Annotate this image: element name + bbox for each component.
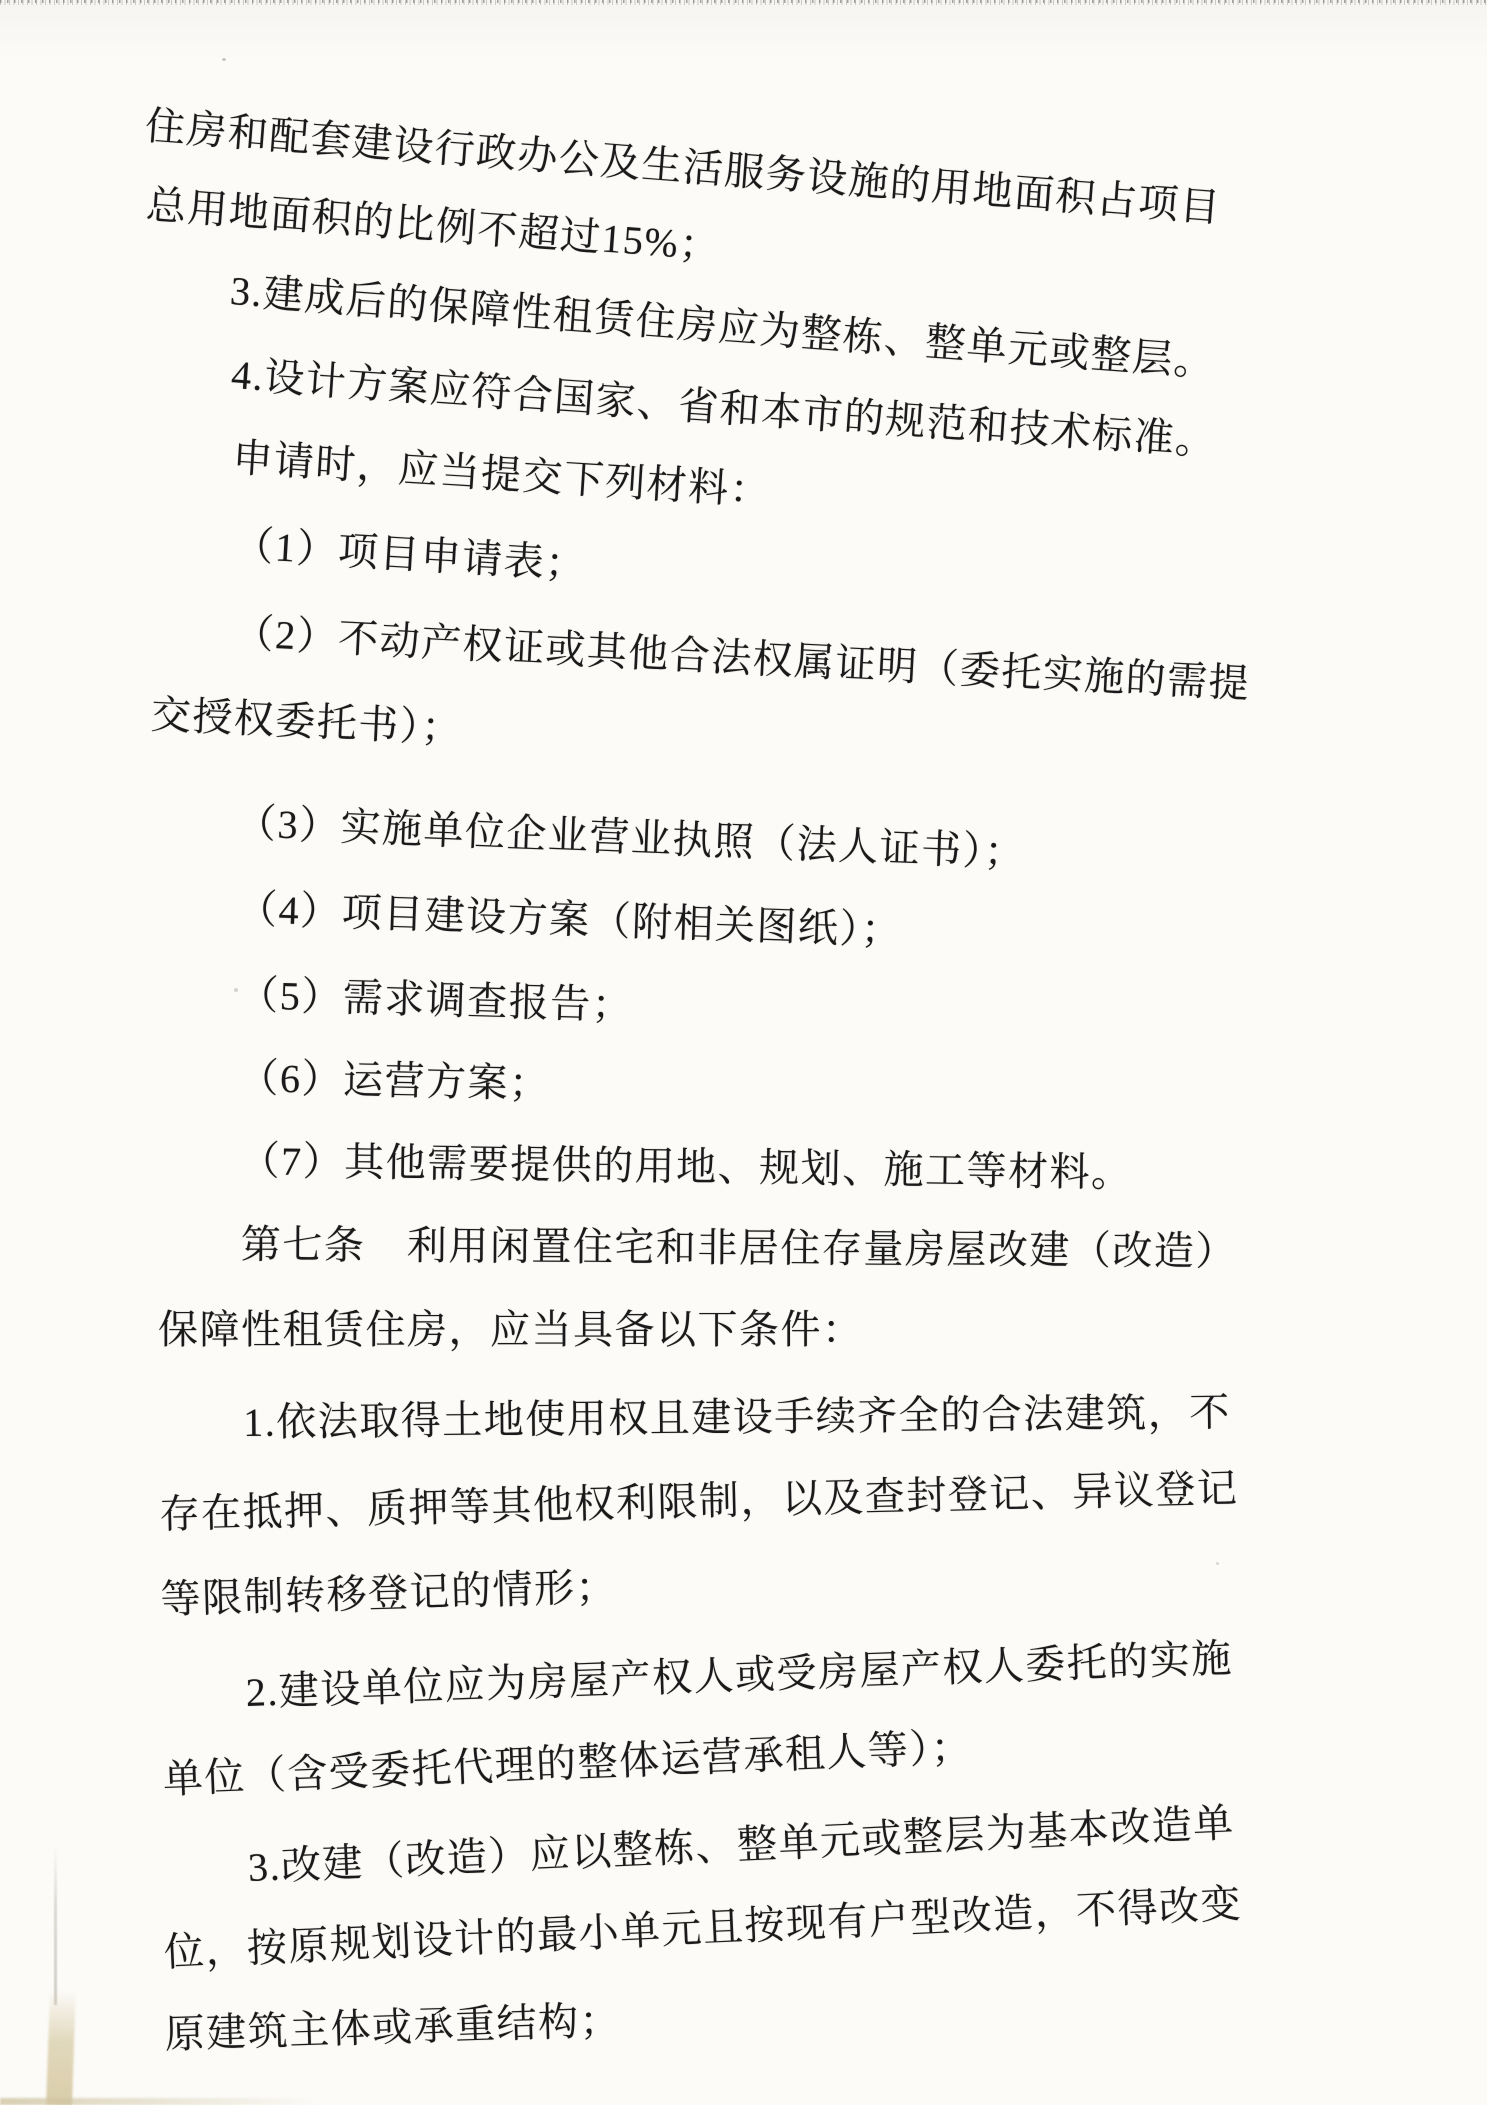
scan-noise-top-edge	[0, 0, 1487, 5]
text-line: 原建筑主体或承重结构；	[164, 1998, 622, 2058]
text-line: （3）实施单位企业营业执照（法人证书）；	[235, 800, 1026, 876]
text-line: （1）项目申请表；	[232, 522, 588, 588]
text-line: 等限制转移登记的情形；	[160, 1564, 618, 1623]
text-line: （7）其他需要提供的用地、规划、施工等材料。	[239, 1138, 1133, 1196]
text-line: 位，按原规划设计的最小单元且按现有户型改造，不得改变	[163, 1881, 1243, 1976]
document-page: 住房和配套建设行政办公及生活服务设施的用地面积占项目总用地面积的比例不超过15%…	[0, 0, 1487, 2105]
text-line: 单位（含受委托代理的整体运营承租人等）；	[162, 1724, 973, 1802]
text-line: （4）项目建设方案（附相关图纸）；	[236, 886, 903, 954]
scan-crease	[54, 1845, 57, 2005]
text-line: 申请时，应当提交下列材料：	[231, 435, 772, 515]
scan-speck	[222, 58, 226, 61]
page-edge-artifact	[46, 1990, 76, 2105]
scan-speck	[234, 988, 238, 992]
page-edge-bottom-artifact	[0, 2098, 320, 2105]
text-line: 保障性租赁住房，应当具备以下条件：	[158, 1307, 864, 1353]
scan-speck	[1216, 1562, 1219, 1565]
text-line: 交授权委托书）；	[150, 692, 464, 752]
text-line: 总用地面积的比例不超过15%；	[145, 182, 723, 270]
text-line: （5）需求调查报告；	[238, 972, 634, 1029]
text-line: （2）不动产权证或其他合法权属证明（委托实施的需提	[233, 610, 1252, 707]
text-line: 1.依法取得土地使用权且建设手续齐全的合法建筑，不	[243, 1390, 1231, 1446]
text-line: （6）运营方案；	[238, 1055, 551, 1108]
text-line: 3.改建（改造）应以整栋、整单元或整层为基本改造单	[247, 1800, 1236, 1891]
text-line: 2.建设单位应为房屋产权人或受房屋产权人委托的实施	[245, 1636, 1234, 1716]
text-line: 存在抵押、质押等其他权利限制，以及查封登记、异议登记	[159, 1466, 1239, 1538]
text-line: 第七条 利用闲置住宅和非居住存量房屋改建（改造）	[241, 1222, 1237, 1275]
